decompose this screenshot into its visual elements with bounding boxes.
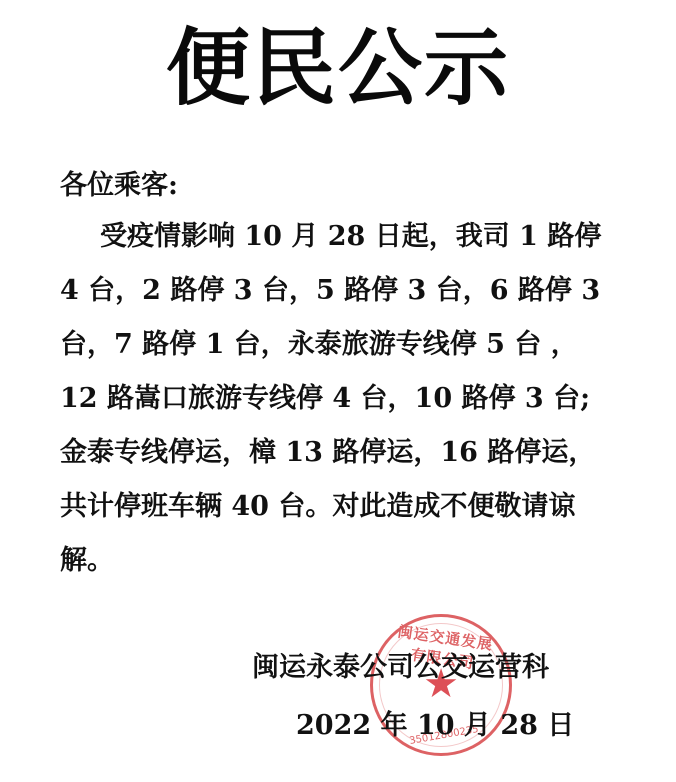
body-line: 受疫情影响 10 月 28 日起，我司 1 路停 <box>60 214 630 268</box>
body-line: 金泰专线停运，樟 13 路停运，16 路停运， <box>60 430 630 484</box>
sign-date: 2022 年 10 月 28 日 <box>296 706 574 746</box>
body-line: 共计停班车辆 40 台。对此造成不便敬请谅 <box>60 484 630 538</box>
salutation: 各位乘客: <box>60 166 178 206</box>
body-line: 台，7 路停 1 台，永泰旅游专线停 5 台 ， <box>60 322 630 376</box>
signature: 闽运永泰公司公交运营科 <box>252 648 549 688</box>
body-line: 12 路嵩口旅游专线停 4 台，10 路停 3 台; <box>60 376 630 430</box>
notice-body: 受疫情影响 10 月 28 日起，我司 1 路停 4 台，2 路停 3 台，5 … <box>60 214 630 592</box>
body-line: 解。 <box>60 538 630 592</box>
notice-title: 便民公示 <box>0 18 676 118</box>
body-line: 4 台，2 路停 3 台，5 路停 3 台，6 路停 3 <box>60 268 630 322</box>
